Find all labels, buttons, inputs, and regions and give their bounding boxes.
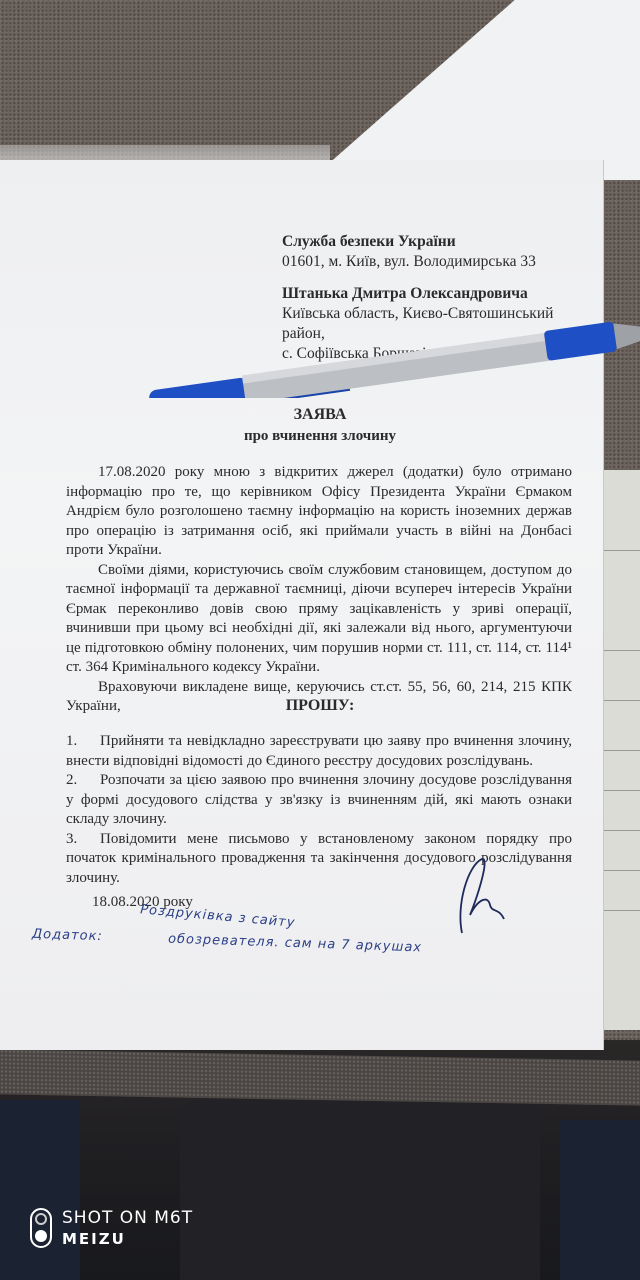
request-number: 2. xyxy=(66,771,100,791)
request-text: Розпочати за цією заявою про вчинення зл… xyxy=(66,772,572,827)
watermark-model: SHOT ON M6T xyxy=(62,1208,193,1228)
dark-object xyxy=(180,1100,540,1280)
dual-camera-icon xyxy=(30,1208,52,1248)
document-title: ЗАЯВА xyxy=(60,404,580,426)
request-item: 1.Прийняти та невідкладно зареєструвати … xyxy=(66,732,572,771)
recipient-name: Служба безпеки України xyxy=(282,232,592,252)
document-body: 17.08.2020 року мною з відкритих джерел … xyxy=(66,463,572,717)
request-title: ПРОШУ: xyxy=(60,696,580,716)
request-text: Прийняти та невідкладно зареєструвати цю… xyxy=(66,733,572,769)
paragraph-2: Своїми діями, користуючись своїм службов… xyxy=(66,561,572,678)
paragraph-1: 17.08.2020 року мною з відкритих джерел … xyxy=(66,463,572,561)
right-leg-shadow xyxy=(560,1120,640,1280)
document-subtitle: про вчинення злочину xyxy=(60,426,580,446)
request-number: 3. xyxy=(66,830,100,850)
recipient-address: 01601, м. Київ, вул. Володимирська 33 xyxy=(282,252,592,272)
sender-name: Штанька Дмитра Олександровича xyxy=(282,284,592,304)
camera-watermark: SHOT ON M6T MEIZU xyxy=(30,1208,193,1248)
watermark-brand: MEIZU xyxy=(62,1230,193,1248)
document-title-block: ЗАЯВА про вчинення злочину xyxy=(60,404,580,446)
ballpoint-pen xyxy=(146,318,640,398)
request-item: 2.Розпочати за цією заявою про вчинення … xyxy=(66,771,572,830)
signature-icon xyxy=(448,855,518,935)
handwritten-note-label: Додаток: xyxy=(32,927,103,944)
request-number: 1. xyxy=(66,732,100,752)
left-leg-shadow xyxy=(0,1100,80,1280)
back-form-page xyxy=(600,470,640,1030)
